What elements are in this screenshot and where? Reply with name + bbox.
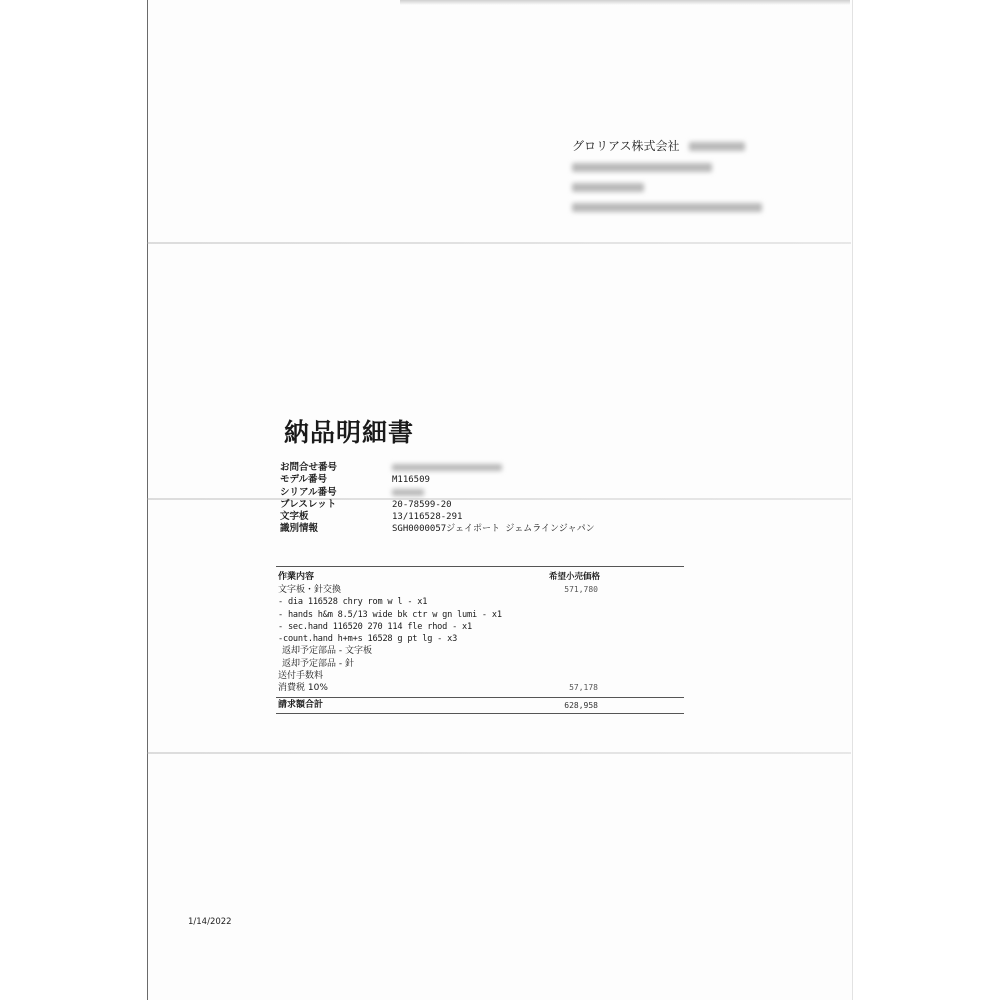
row-description: 送付手数料 — [278, 670, 323, 682]
total-amount: 628,958 — [564, 698, 598, 713]
info-label: 識別情報 — [280, 523, 380, 535]
info-label: シリアル番号 — [280, 487, 380, 499]
sender-company: グロリアス株式会社 — [572, 137, 680, 154]
row-description: - dia 116528 chry rom w l - x1 — [278, 596, 427, 608]
fold-line — [147, 242, 851, 244]
total-row: 請求額合計 628,958 — [276, 697, 684, 714]
row-amount: 57,178 — [569, 682, 598, 694]
header-description: 作業内容 — [278, 571, 314, 583]
redacted-value — [392, 487, 424, 499]
table-row: 文字板・針交換571,780 — [276, 584, 684, 596]
row-description: - hands h&m 8.5/13 wide bk ctr w gn lumi… — [278, 609, 502, 621]
document-title: 納品明細書 — [284, 413, 414, 449]
row-description: 消費税 10% — [278, 682, 328, 694]
redacted-text — [572, 163, 712, 172]
info-label: ブレスレット — [280, 499, 380, 511]
work-details-table: 作業内容 希望小売価格 文字板・針交換571,780- dia 116528 c… — [276, 566, 684, 714]
info-value: M116509 — [392, 474, 430, 486]
print-date: 1/14/2022 — [188, 917, 232, 927]
info-label: モデル番号 — [280, 474, 380, 486]
row-amount: 571,780 — [564, 584, 598, 596]
info-value: SGH0000057ジェイポート ジェムラインジャパン — [392, 523, 595, 535]
table-row: 返却予定部品 - 針 — [276, 658, 684, 670]
table-row: -count.hand h+m+s 16528 g pt lg - x3 — [276, 633, 684, 645]
fold-line — [147, 498, 851, 500]
info-value: 13/116528-291 — [392, 511, 462, 523]
scan-shadow — [400, 0, 850, 5]
table-row: - sec.hand 116520 270 114 fle rhod - x1 — [276, 621, 684, 633]
table-row: 送付手数料 — [276, 670, 684, 682]
info-label: 文字板 — [280, 511, 380, 523]
info-label: お問合せ番号 — [280, 462, 380, 474]
redacted-text — [572, 183, 644, 192]
total-label: 請求額合計 — [278, 698, 323, 713]
table-row: 返却予定部品 - 文字板 — [276, 645, 684, 657]
sender-block: グロリアス株式会社 — [572, 137, 762, 214]
table-row: 消費税 10%57,178 — [276, 682, 684, 694]
table-row: - dia 116528 chry rom w l - x1 — [276, 596, 684, 608]
row-description: 返却予定部品 - 文字板 — [282, 645, 372, 657]
row-description: 返却予定部品 - 針 — [282, 658, 354, 670]
redacted-text — [689, 142, 745, 151]
fold-line — [147, 752, 851, 754]
redacted-text — [572, 203, 762, 212]
table-row: - hands h&m 8.5/13 wide bk ctr w gn lumi… — [276, 609, 684, 621]
row-description: - sec.hand 116520 270 114 fle rhod - x1 — [278, 621, 472, 633]
row-description: -count.hand h+m+s 16528 g pt lg - x3 — [278, 633, 457, 645]
header-price: 希望小売価格 — [549, 571, 600, 583]
table-header: 作業内容 希望小売価格 — [276, 571, 684, 584]
info-value: 20-78599-20 — [392, 499, 452, 511]
row-description: 文字板・針交換 — [278, 584, 341, 596]
redacted-value — [392, 462, 502, 474]
